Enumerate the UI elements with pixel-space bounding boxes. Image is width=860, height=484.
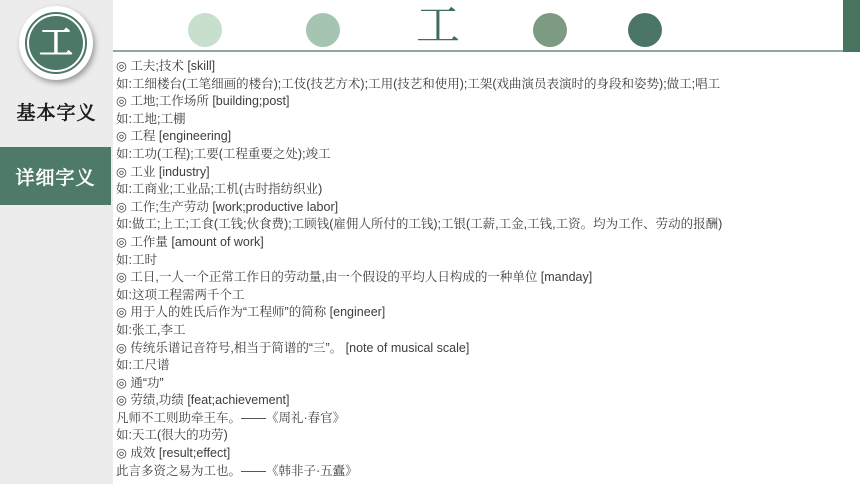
decorative-circle-icon (306, 13, 340, 47)
decorative-circle-icon (533, 13, 567, 47)
definition-line: ◎ 工日,一人一个正常工作日的劳动量,由一个假设的平均人日构成的一种单位 [ma… (116, 269, 860, 287)
definition-line: ◎ 工夫;技术 [skill] (116, 58, 860, 76)
definition-line: ◎ 工地;工作场所 [building;post] (116, 93, 860, 111)
sidebar-item-basic-meaning[interactable]: 基本字义 (0, 103, 113, 125)
definition-line: 如:工地;工棚 (116, 111, 860, 129)
badge-character: 工 (29, 16, 83, 70)
sidebar-item-detailed-meaning[interactable]: 详细字义 (0, 147, 111, 205)
definition-line: 如:工细楼台(工笔细画的楼台);工伎(技艺方术);工用(技艺和使用);工架(戏曲… (116, 76, 860, 94)
definition-line: ◎ 工程 [engineering] (116, 128, 860, 146)
character-badge: 工 (19, 6, 93, 80)
definition-line: 此言多资之易为工也。——《韩非子·五蠹》 (116, 463, 860, 481)
decorative-circle-icon (188, 13, 222, 47)
decorative-circle-icon (628, 13, 662, 47)
definition-line: 如:工尺谱 (116, 357, 860, 375)
page-title-character: 工 (398, 2, 478, 50)
character-badge-ring: 工 (25, 12, 87, 74)
definition-line: ◎ 用于人的姓氏后作为“工程师”的简称 [engineer] (116, 304, 860, 322)
definition-line: 如:工商业;工业品;工机(古时指纺织业) (116, 181, 860, 199)
slide: 工 基本字义 详细字义 工 ◎ 工夫;技术 [skill]如:工细楼台(工笔细画… (0, 0, 860, 484)
definition-line: 凡师不工则助牵王车。——《周礼·春官》 (116, 410, 860, 428)
definitions-list: ◎ 工夫;技术 [skill]如:工细楼台(工笔细画的楼台);工伎(技艺方术);… (113, 58, 860, 484)
definition-line: 如:这项工程需两千个工 (116, 287, 860, 305)
definition-line: 如:工功(工程);工要(工程重要之处);竣工 (116, 146, 860, 164)
definition-line: ◎ 工业 [industry] (116, 164, 860, 182)
definition-line: ◎ 通“功” (116, 375, 860, 393)
sidebar-item-label: 基本字义 (16, 103, 96, 124)
header-accent-bar (843, 0, 860, 52)
definition-line: 如:工时 (116, 252, 860, 270)
definition-line: 如:做工;上工;工食(工钱;伙食费);工顾钱(雇佣人所付的工钱);工银(工薪,工… (116, 216, 860, 234)
header-divider (113, 50, 843, 52)
definition-line: ◎ 工作量 [amount of work] (116, 234, 860, 252)
slide-header: 工 (113, 0, 860, 53)
definition-line: 如:天工(很大的功劳) (116, 427, 860, 445)
sidebar: 工 基本字义 详细字义 (0, 0, 113, 484)
definition-line: ◎ 劳绩,功绩 [feat;achievement] (116, 392, 860, 410)
definition-line: ◎ 成效 [result;effect] (116, 445, 860, 463)
definition-line: ◎ 传统乐谱记音符号,相当于简谱的“三”。 [note of musical s… (116, 340, 860, 358)
definition-line: 如:张工,李工 (116, 322, 860, 340)
sidebar-item-label: 详细字义 (15, 163, 95, 190)
definition-line: ◎ 工作;生产劳动 [work;productive labor] (116, 199, 860, 217)
